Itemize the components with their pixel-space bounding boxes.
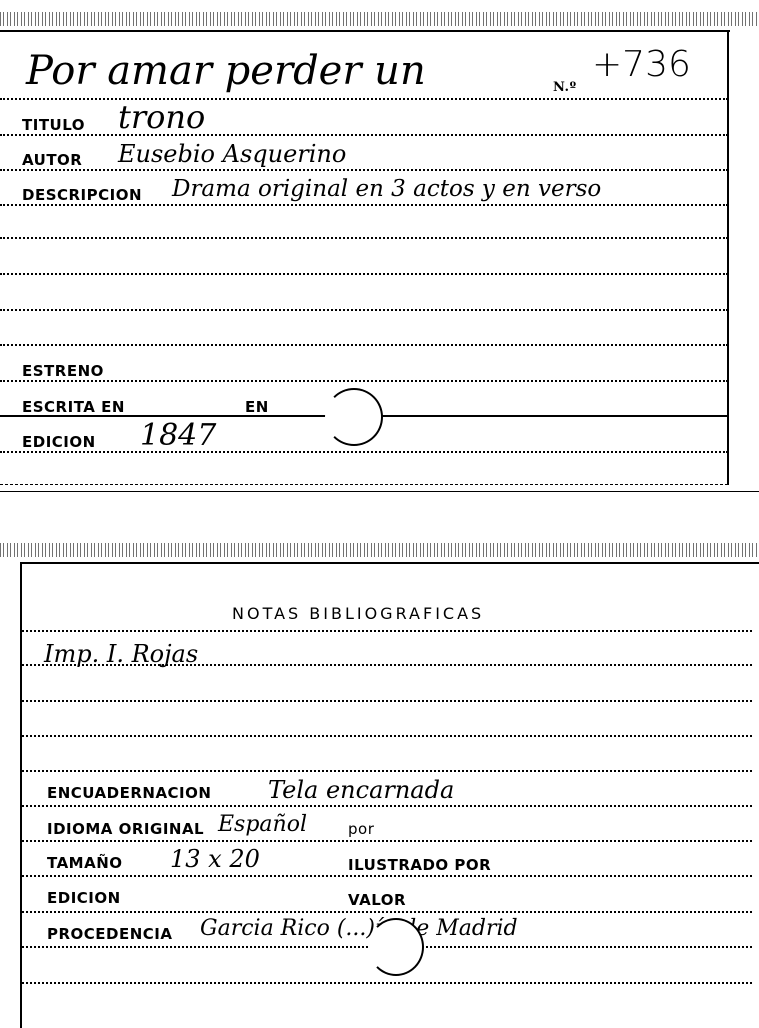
punch-hole-icon [368, 918, 424, 976]
rule [22, 735, 752, 737]
catalog-card-back: NOTAS BIBLIOGRAFICAS Imp. I. Rojas ENCUA… [0, 0, 759, 1028]
notes-heading: NOTAS BIBLIOGRAFICAS [232, 604, 484, 623]
por-label: por [348, 820, 374, 838]
rule [22, 805, 752, 807]
ilustrado-label: ILUSTRADO POR [348, 856, 491, 874]
card-top-border [20, 562, 759, 564]
rule [22, 664, 752, 666]
rule [22, 770, 752, 772]
edicion-back-label: EDICION [47, 889, 121, 907]
rule [22, 911, 752, 913]
rule [22, 840, 752, 842]
procedencia-value: Garcia Rico (...)ía de Madrid [200, 916, 518, 941]
idioma-value: Español [218, 812, 307, 837]
procedencia-label: PROCEDENCIA [47, 925, 173, 943]
rule [22, 875, 752, 877]
encuadernacion-label: ENCUADERNACION [47, 784, 211, 802]
tamano-label: TAMAÑO [47, 854, 123, 872]
idioma-label: IDIOMA ORIGINAL [47, 820, 204, 838]
valor-label: VALOR [348, 891, 406, 909]
rule [22, 630, 752, 632]
rule [22, 700, 752, 702]
tamano-value: 13 x 20 [170, 845, 260, 873]
encuadernacion-value: Tela encarnada [268, 776, 454, 804]
rule [22, 982, 752, 984]
